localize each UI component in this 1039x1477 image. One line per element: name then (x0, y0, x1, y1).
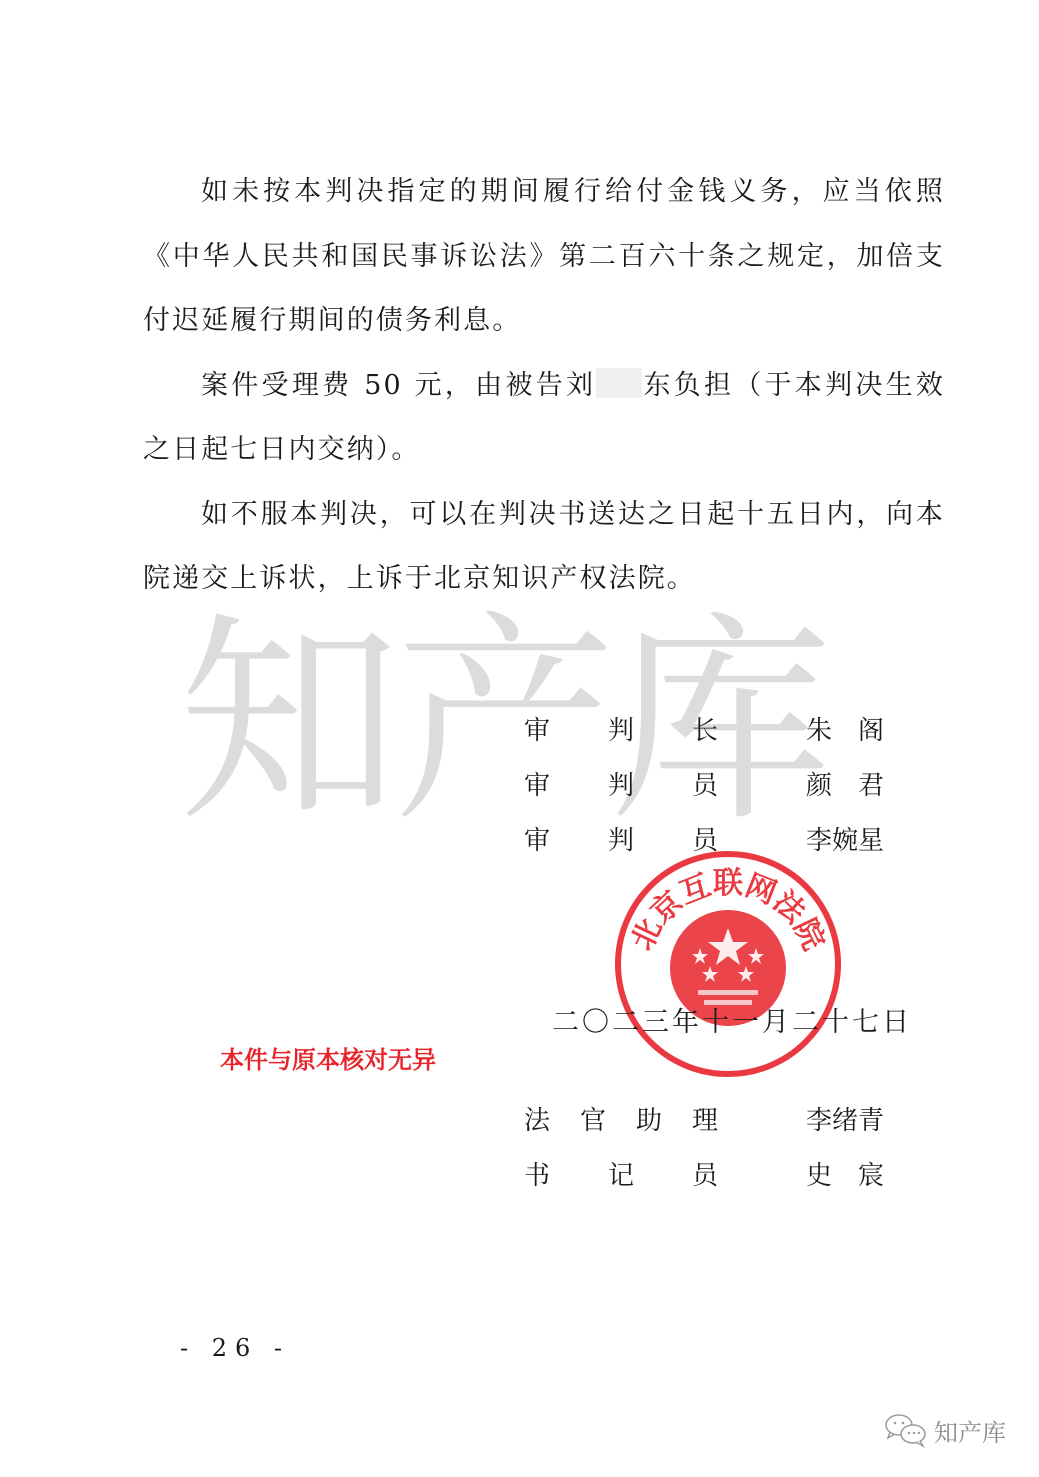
paragraph-court-fee: 案件受理费 50 元，由被告刘东负担（于本判决生效之日起七日内交纳）。 (143, 354, 945, 483)
paragraph-appeal: 如不服本判决，可以在判决书送达之日起十五日内，向本院递交上诉状，上诉于北京知识产… (143, 483, 945, 612)
clerk-name: 史 宸 (806, 1155, 884, 1192)
wechat-icon (884, 1412, 928, 1448)
title-char: 审 (524, 765, 550, 802)
brand-label: 知产库 (934, 1413, 1006, 1448)
title-char: 理 (692, 1100, 718, 1137)
redacted-name (596, 368, 642, 398)
title-char: 书 (524, 1155, 550, 1192)
title-char: 助 (636, 1100, 662, 1137)
title-char: 审 (524, 710, 550, 747)
title-char: 法 (524, 1100, 550, 1137)
title-char: 判 (608, 765, 634, 802)
judgment-date: 二〇二三年十一月二十七日 (552, 1000, 912, 1039)
page-number: - 26 - (180, 1334, 290, 1362)
court-fee-text-before: 案件受理费 50 元，由被告刘 (201, 370, 596, 401)
signature-row: 书 记 员 史 宸 (524, 1155, 894, 1210)
judgment-body: 如未按本判决指定的期间履行给付金钱义务，应当依照《中华人民共和国民事诉讼法》第二… (143, 160, 945, 612)
court-seal-icon: 北京互联网法院 (612, 848, 844, 1080)
certified-copy-stamp: 本件与原本核对无异 (220, 1040, 436, 1075)
title-char: 员 (692, 765, 718, 802)
signature-row: 审 判 长 朱 阁 (524, 710, 894, 765)
clerk-name: 李绪青 (806, 1100, 884, 1137)
judge-name: 颜 君 (806, 765, 884, 802)
paragraph-late-payment: 如未按本判决指定的期间履行给付金钱义务，应当依照《中华人民共和国民事诉讼法》第二… (143, 160, 945, 354)
clerks-signature-block: 法 官 助 理 李绪青 书 记 员 史 宸 (524, 1100, 894, 1210)
title-char: 官 (580, 1100, 606, 1137)
judge-name: 朱 阁 (806, 710, 884, 747)
title-char: 员 (692, 1155, 718, 1192)
signature-row: 法 官 助 理 李绪青 (524, 1100, 894, 1155)
title-char: 判 (608, 710, 634, 747)
title-char: 记 (608, 1155, 634, 1192)
title-char: 长 (692, 710, 718, 747)
title-char: 审 (524, 820, 550, 857)
signature-row: 审 判 员 颜 君 (524, 765, 894, 820)
wechat-brand: 知产库 (884, 1412, 1006, 1448)
